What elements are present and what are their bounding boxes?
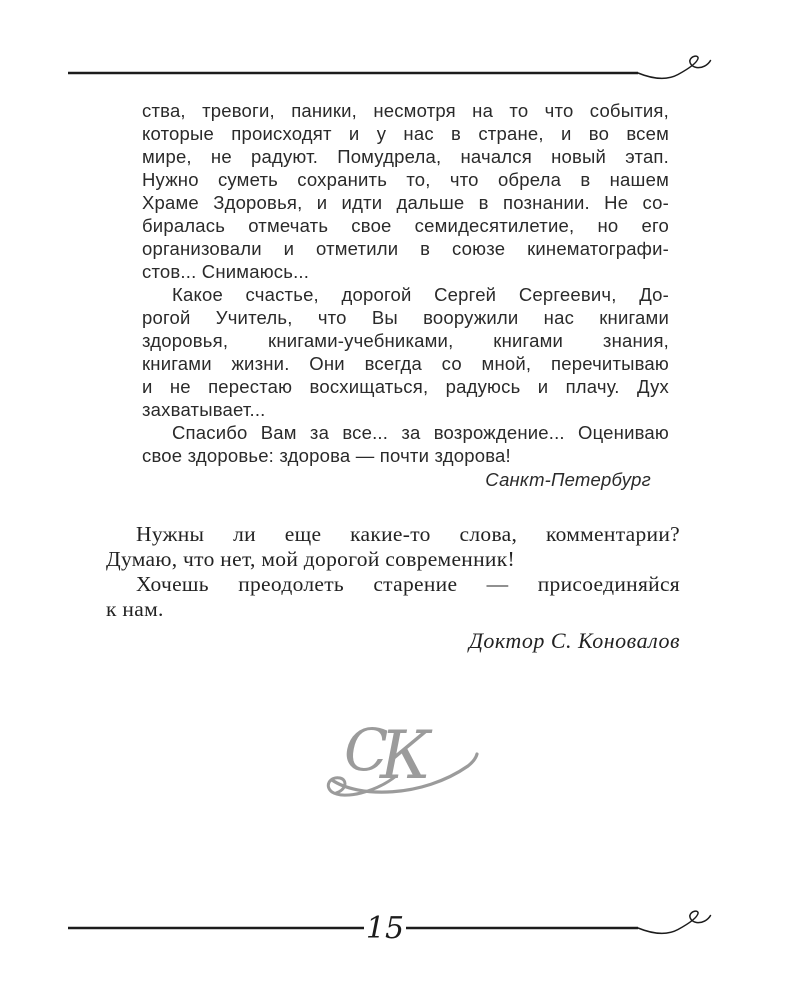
closing-line: Думаю, что нет, мой дорогой современник! [106,547,680,572]
letter-line: и не перестаю восхищаться, радуюсь и пла… [142,375,669,398]
closing-line: Хочешь преодолеть старение — присоединяй… [106,572,680,597]
book-page: ства, тревоги, паники, несмотря на то чт… [0,0,800,1000]
footer-rule: 15 [66,906,716,952]
letter-line: здоровья, книгами-учебниками, книгами зн… [142,329,669,352]
letter-line: Нужно суметь сохранить то, что обрела в … [142,168,669,191]
letter-line: рогой Учитель, что Вы вооружили нас книг… [142,306,669,329]
letter-line: захватывает... [142,398,669,421]
letter-line: биралась отмечать свое семидесятилетие, … [142,214,669,237]
header-flourish-icon [638,56,711,78]
page-number: 15 [366,911,404,946]
closing-signature: Доктор С. Коновалов [106,628,680,653]
header-rule [66,55,716,91]
closing-line: к нам. [106,597,680,622]
footer-flourish-icon [638,911,711,933]
monogram-icon: С К [318,712,488,800]
letter-line: свое здоровье: здорова — почти здорова! [142,444,669,467]
letter-text-block: ства, тревоги, паники, несмотря на то чт… [142,99,669,491]
letter-line: организовали и отметили в союзе кинемато… [142,237,669,260]
letter-line: которые происходят и у нас в стране, и в… [142,122,669,145]
letter-line: книгами жизни. Они всегда со мной, переч… [142,352,669,375]
letter-line: ства, тревоги, паники, несмотря на то чт… [142,99,669,122]
closing-line: Нужны ли еще какие-то слова, комментарии… [106,522,680,547]
letter-line: стов... Снимаюсь... [142,260,669,283]
letter-signature: Санкт-Петербург [142,468,669,491]
letter-line: мире, не радуют. Помудрела, начался новы… [142,145,669,168]
closing-text-block: Нужны ли еще какие-то слова, комментарии… [106,522,680,653]
letter-line: Какое счастье, дорогой Сергей Сергеевич,… [142,283,669,306]
letter-line: Храме Здоровья, и идти дальше в познании… [142,191,669,214]
letter-line: Спасибо Вам за все... за возрождение... … [142,421,669,444]
monogram-letter-k: К [378,717,433,794]
